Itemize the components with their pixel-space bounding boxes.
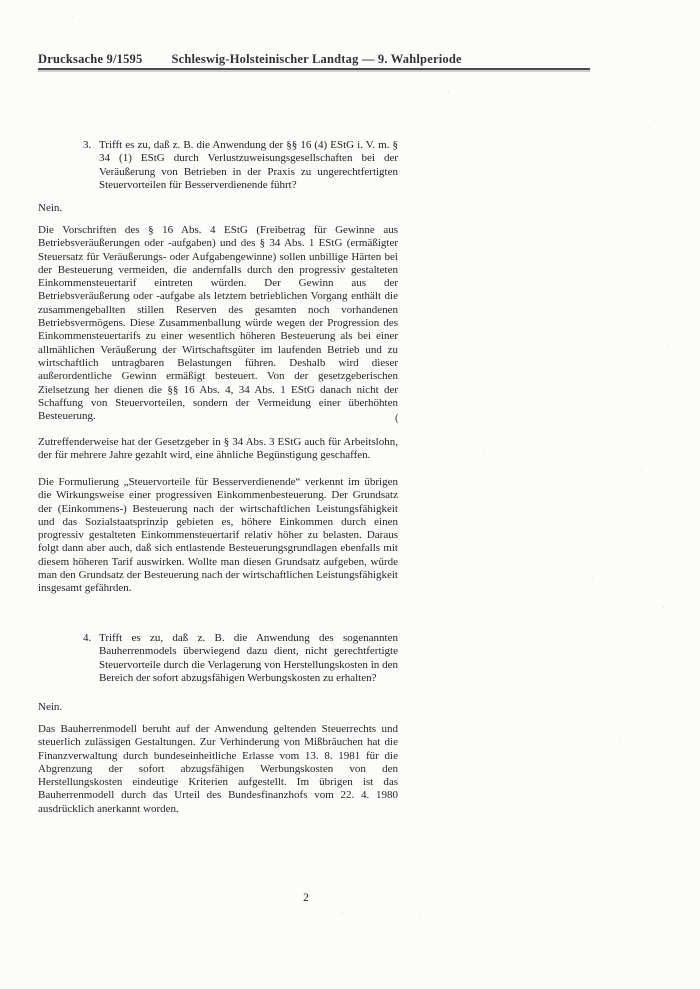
document-page: Drucksache 9/1595 Schleswig-Holsteinisch… bbox=[0, 0, 700, 989]
paragraph-4: Das Bauherrenmodell beruht auf der Anwen… bbox=[38, 723, 398, 816]
stray-scan-mark: ( bbox=[395, 412, 399, 424]
document-number: Drucksache 9/1595 bbox=[38, 52, 142, 66]
scan-noise bbox=[0, 0, 1, 1]
page-number: 2 bbox=[290, 892, 322, 904]
header-rule bbox=[38, 68, 590, 70]
question-3-number: 3. bbox=[83, 139, 99, 152]
paragraph-2: Zutreffenderweise hat der Gesetzgeber in… bbox=[38, 436, 398, 463]
paragraph-3: Die Formulierung „Steuervorteile für Bes… bbox=[38, 476, 398, 596]
question-4-number: 4. bbox=[83, 632, 99, 645]
page-header: Drucksache 9/1595 Schleswig-Holsteinisch… bbox=[38, 50, 598, 68]
question-3-text: Trifft es zu, daß z. B. die Anwendung de… bbox=[99, 139, 398, 192]
question-4-text: Trifft es zu, daß z. B. die Anwendung de… bbox=[99, 632, 398, 685]
answer-nein-2: Nein. bbox=[38, 701, 62, 714]
question-item-3: 3. Trifft es zu, daß z. B. die Anwendung… bbox=[83, 139, 398, 192]
header-title: Schleswig-Holsteinischer Landtag — 9. Wa… bbox=[171, 52, 461, 66]
question-item-4: 4. Trifft es zu, daß z. B. die Anwendung… bbox=[83, 632, 398, 685]
answer-nein-1: Nein. bbox=[38, 202, 62, 215]
paragraph-1: Die Vorschriften des § 16 Abs. 4 EStG (F… bbox=[38, 224, 398, 423]
